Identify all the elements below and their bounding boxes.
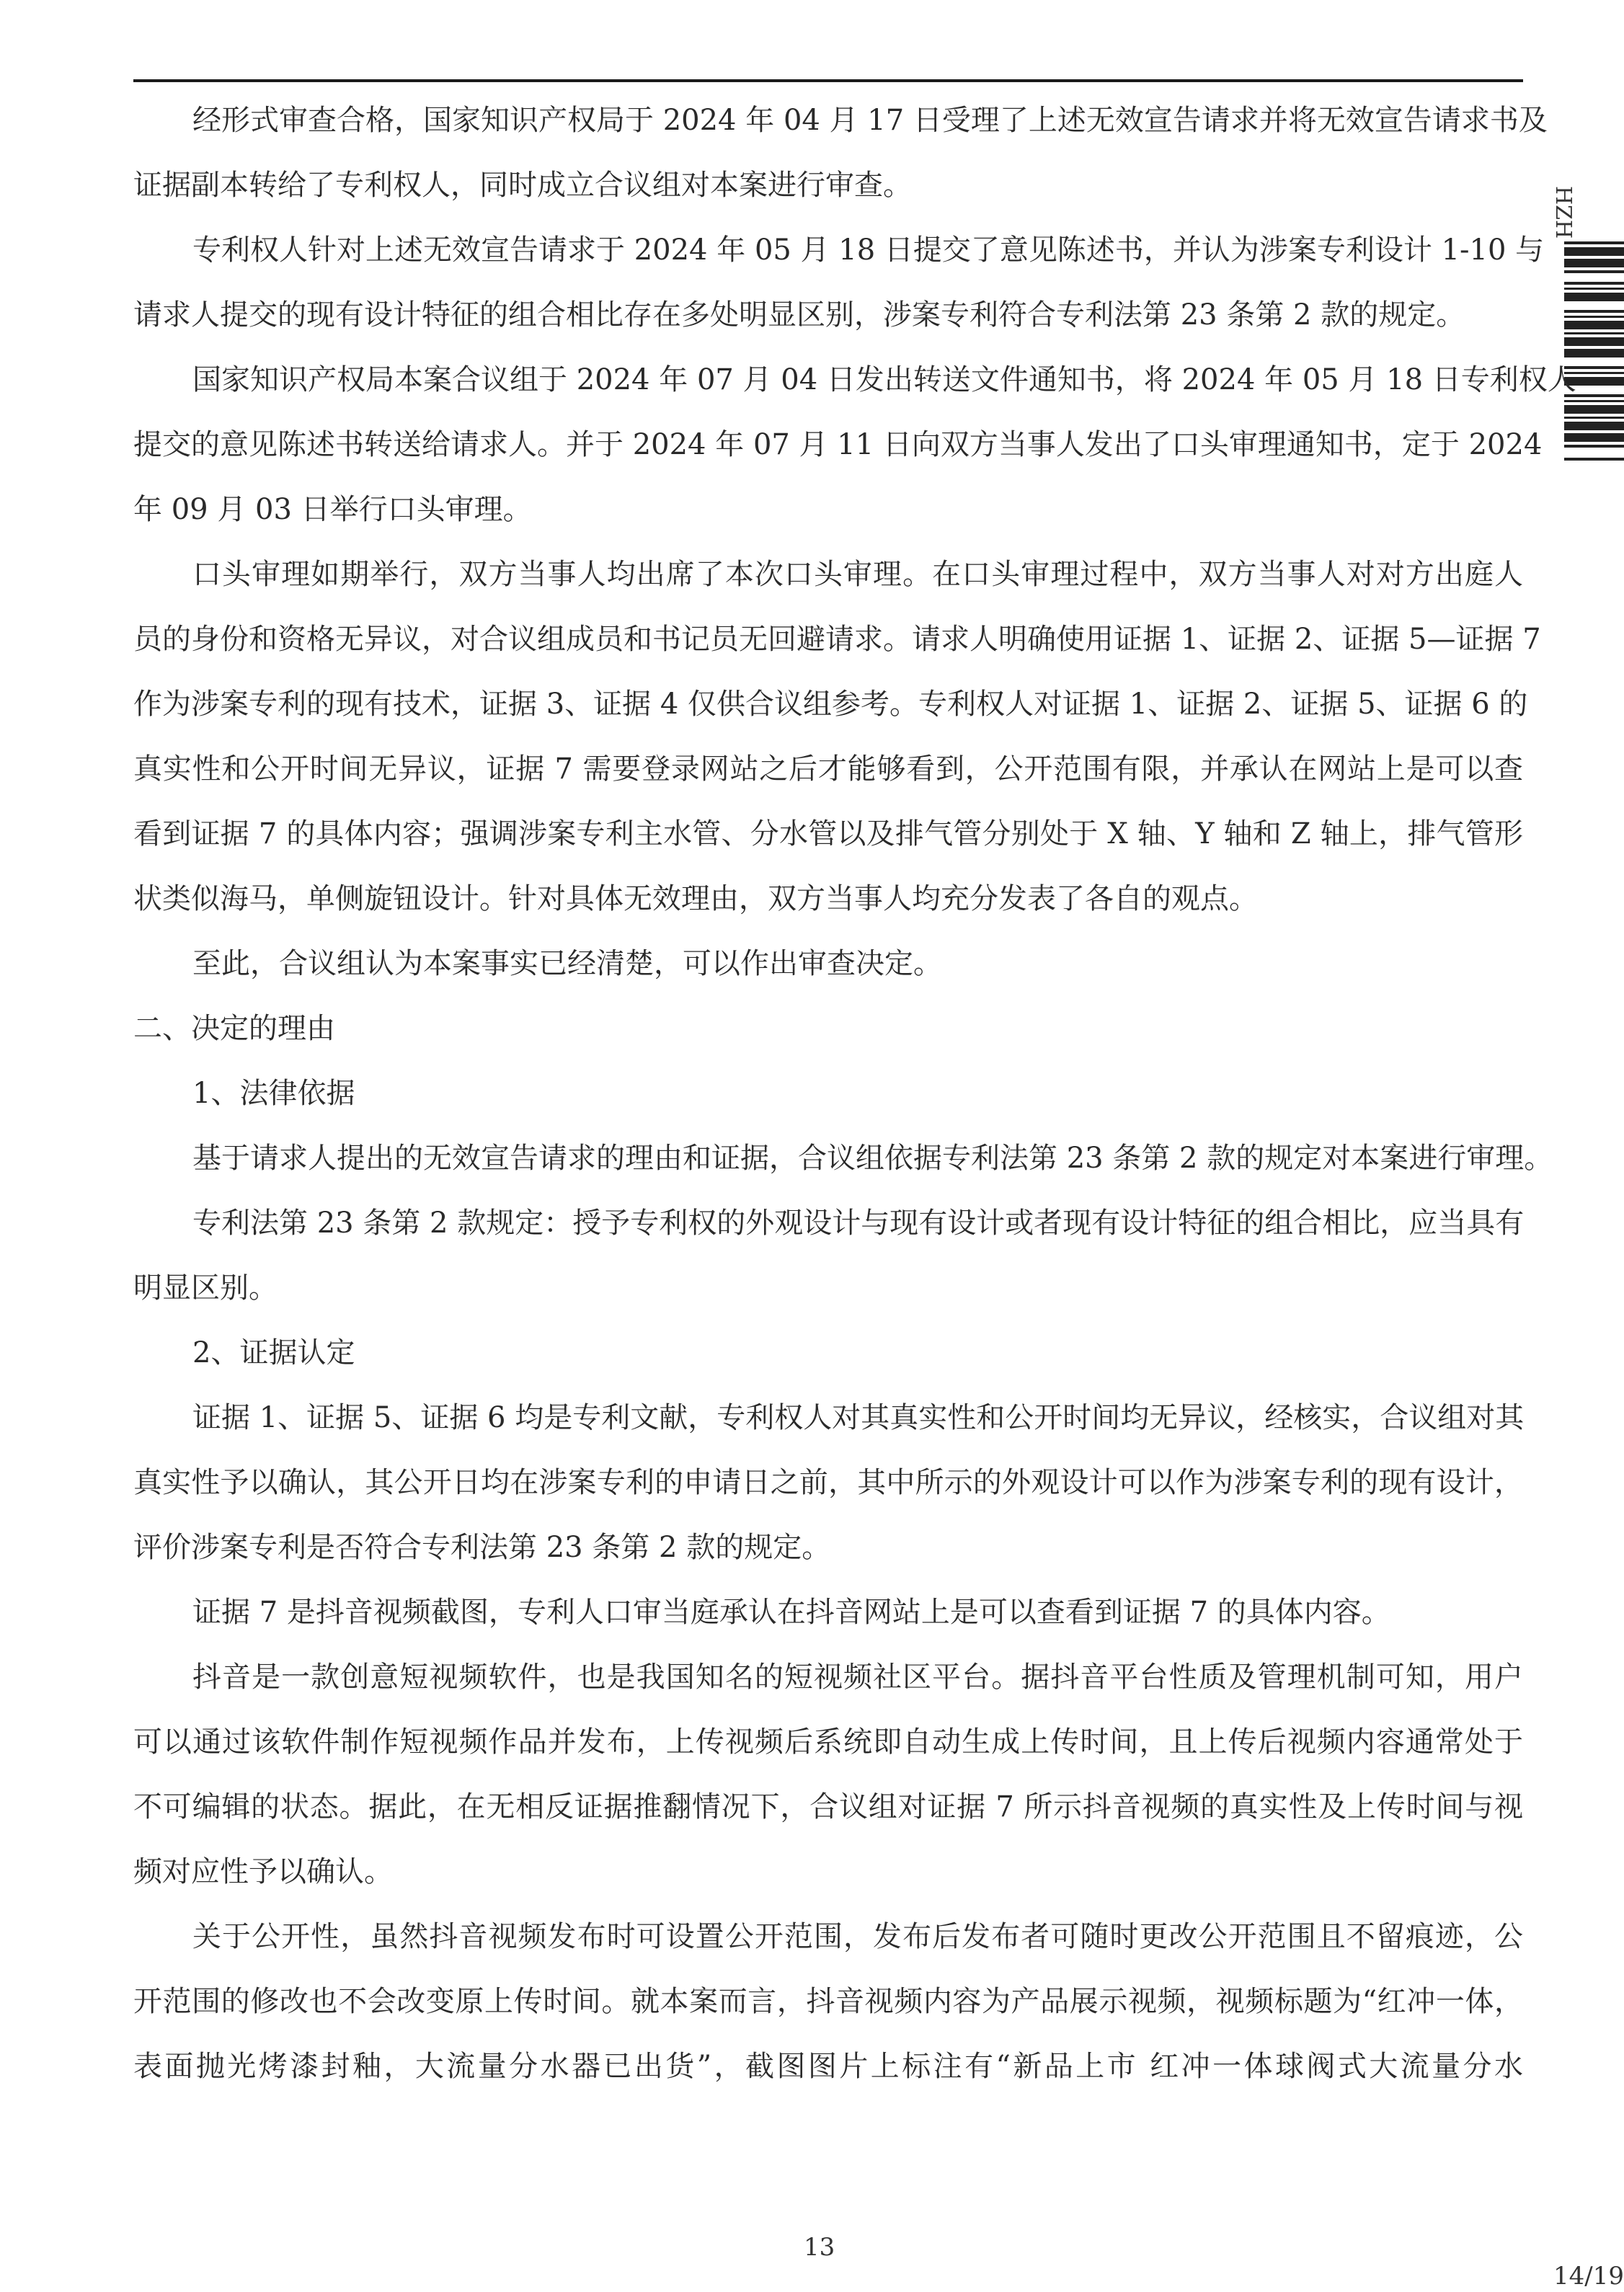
paragraph-line: 作为涉案专利的现有技术，证据 3、证据 4 仅供合议组参考。专利权人对证据 1、… [133,672,1523,737]
subsection-heading-legal-basis: 1、法律依据 [133,1061,1523,1126]
page-counter: 14/19 [1553,2262,1624,2291]
paragraph-line: 频对应性予以确认。 [133,1839,1523,1904]
paragraph-line: 明显区别。 [133,1256,1523,1320]
paragraph-line: 表面抛光烤漆封釉，大流量分水器已出货”，截图图片上标注有“新品上市 红冲一体球阀… [133,2034,1523,2099]
paragraph-line: 基于请求人提出的无效宣告请求的理由和证据，合议组依据专利法第 23 条第 2 款… [133,1126,1523,1191]
paragraph-line: 证据 7 是抖音视频截图，专利人口审当庭承认在抖音网站上是可以查看到证据 7 的… [133,1580,1523,1645]
paragraph-line: 不可编辑的状态。据此，在无相反证据推翻情况下，合议组对证据 7 所示抖音视频的真… [133,1774,1523,1839]
paragraph-line: 状类似海马，单侧旋钮设计。针对具体无效理由，双方当事人均充分发表了各自的观点。 [133,866,1523,931]
paragraph-line: 专利法第 23 条第 2 款规定：授予专利权的外观设计与现有设计或者现有设计特征… [133,1191,1523,1256]
paragraph-line: 真实性和公开时间无异议，证据 7 需要登录网站之后才能够看到，公开范围有限，并承… [133,737,1523,801]
side-margin-label: HZH [1550,186,1576,236]
paragraph-line: 员的身份和资格无异议，对合议组成员和书记员无回避请求。请求人明确使用证据 1、证… [133,607,1523,672]
paragraph-line: 真实性予以确认，其公开日均在涉案专利的申请日之前，其中所示的外观设计可以作为涉案… [133,1450,1523,1515]
paragraph-line: 评价涉案专利是否符合专利法第 23 条第 2 款的规定。 [133,1515,1523,1580]
paragraph-line: 专利权人针对上述无效宣告请求于 2024 年 05 月 18 日提交了意见陈述书… [133,218,1523,283]
document-body: 经形式审查合格，国家知识产权局于 2024 年 04 月 17 日受理了上述无效… [133,88,1523,2099]
header-rule [133,79,1523,82]
paragraph-line: 抖音是一款创意短视频软件，也是我国知名的短视频社区平台。据抖音平台性质及管理机制… [133,1645,1523,1710]
section-heading: 二、决定的理由 [133,996,1523,1061]
paragraph-line: 关于公开性，虽然抖音视频发布时可设置公开范围，发布后发布者可随时更改公开范围且不… [133,1904,1523,1969]
paragraph-line: 口头审理如期举行，双方当事人均出席了本次口头审理。在口头审理过程中，双方当事人对… [133,542,1523,607]
paragraph-line: 看到证据 7 的具体内容；强调涉案专利主水管、分水管以及排气管分别处于 X 轴、… [133,801,1523,866]
paragraph-line: 可以通过该软件制作短视频作品并发布，上传视频后系统即自动生成上传时间，且上传后视… [133,1710,1523,1774]
page-number: 13 [804,2233,835,2262]
paragraph-line: 年 09 月 03 日举行口头审理。 [133,477,1523,542]
paragraph-line: 国家知识产权局本案合议组于 2024 年 07 月 04 日发出转送文件通知书，… [133,347,1523,412]
paragraph-line: 经形式审查合格，国家知识产权局于 2024 年 04 月 17 日受理了上述无效… [133,88,1523,153]
paragraph-line: 提交的意见陈述书转送给请求人。并于 2024 年 07 月 11 日向双方当事人… [133,412,1523,477]
paragraph-line: 请求人提交的现有设计特征的组合相比存在多处明显区别，涉案专利符合专利法第 23 … [133,283,1523,347]
paragraph-line: 至此，合议组认为本案事实已经清楚，可以作出审查决定。 [133,931,1523,996]
barcode-icon [1564,241,1624,447]
subsection-heading-evidence: 2、证据认定 [133,1320,1523,1385]
paragraph-line: 证据 1、证据 5、证据 6 均是专利文献，专利权人对其真实性和公开时间均无异议… [133,1385,1523,1450]
paragraph-line: 开范围的修改也不会改变原上传时间。就本案而言，抖音视频内容为产品展示视频，视频标… [133,1969,1523,2034]
paragraph-line: 证据副本转给了专利权人，同时成立合议组对本案进行审查。 [133,153,1523,218]
